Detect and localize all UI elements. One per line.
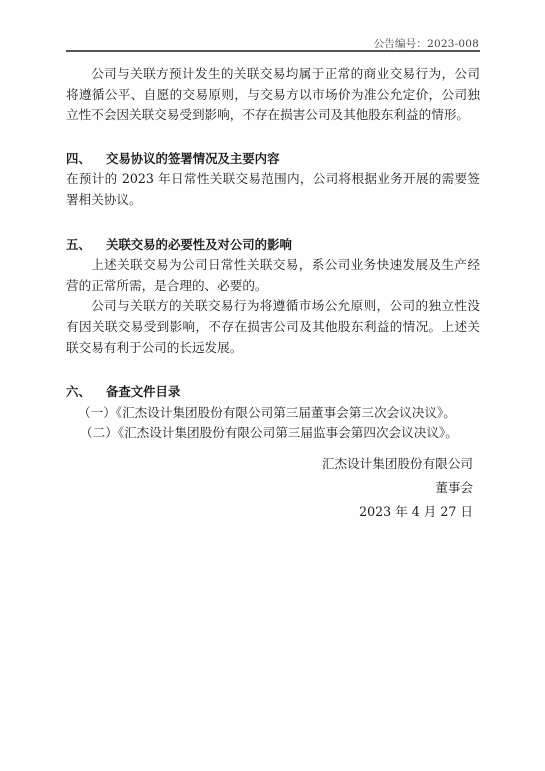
section-number: 六、: [66, 382, 106, 403]
document-page: 公告编号：2023-008 公司与关联方预计发生的关联交易均属于正常的商业交易行…: [0, 0, 545, 771]
document-body: 公司与关联方预计发生的关联交易均属于正常的商业交易行为，公司将遵循公平、自愿的交…: [66, 64, 480, 444]
section-title: 备查文件目录: [106, 382, 180, 403]
spacer: [66, 358, 480, 382]
section-heading-4: 四、 交易协议的签署情况及主要内容: [66, 149, 480, 170]
spacer: [66, 211, 480, 235]
signature-date: 2023 年 4 月 27 日: [322, 500, 473, 524]
section-5-paragraph-1: 上述关联交易为公司日常性关联交易，系公司业务快速发展及生产经营的正常所需，是合理…: [66, 255, 480, 296]
section-4-paragraph-1: 在预计的 2023 年日常性关联交易范围内，公司将根据业务开展的需要签署相关协议…: [66, 169, 480, 210]
signature-company: 汇杰设计集团股份有限公司: [322, 452, 473, 476]
reference-file-item: （一）《汇杰设计集团股份有限公司第三届董事会第三次会议决议》。: [66, 403, 480, 424]
announcement-code: 公告编号：2023-008: [374, 36, 479, 51]
spacer: [66, 126, 480, 149]
section-5-paragraph-2: 公司与关联方的关联交易行为将遵循市场公允原则，公司的独立性没有因关联交易受到影响…: [66, 296, 480, 358]
signature-board: 董事会: [322, 476, 473, 500]
section-heading-5: 五、 关联交易的必要性及对公司的影响: [66, 235, 480, 256]
section-number: 四、: [66, 149, 106, 170]
section-heading-6: 六、 备查文件目录: [66, 382, 480, 403]
header-divider: [66, 50, 480, 52]
intro-paragraph: 公司与关联方预计发生的关联交易均属于正常的商业交易行为，公司将遵循公平、自愿的交…: [66, 64, 480, 126]
section-number: 五、: [66, 235, 106, 256]
reference-file-item: （二）《汇杰设计集团股份有限公司第三届监事会第四次会议决议》。: [66, 423, 480, 444]
section-title: 交易协议的签署情况及主要内容: [106, 149, 279, 170]
section-title: 关联交易的必要性及对公司的影响: [106, 235, 292, 256]
signature-block: 汇杰设计集团股份有限公司 董事会 2023 年 4 月 27 日: [322, 452, 473, 524]
